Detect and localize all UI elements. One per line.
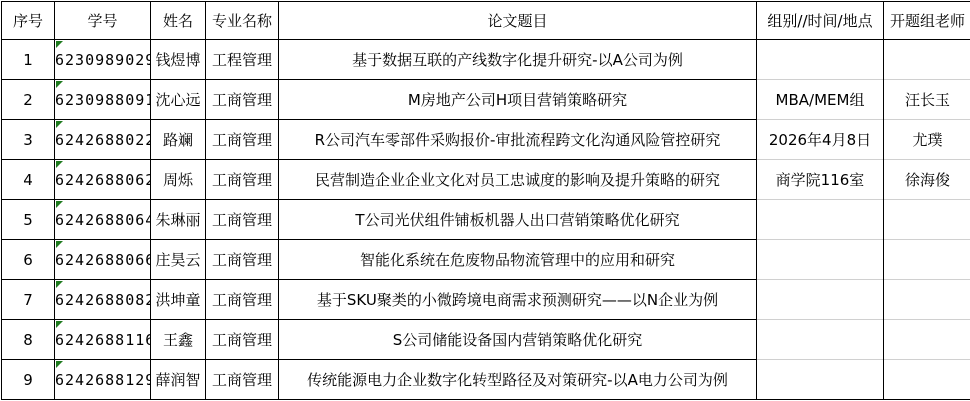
header-cell-committee-teachers[interactable]: 开题组老师 [884, 2, 970, 40]
cell-major[interactable]: 工商管理 [206, 360, 279, 400]
merged-cell-text: MBA/MEM组2026年4月8日商学院116室 [757, 80, 883, 200]
session-room: 商学院116室 [757, 160, 883, 200]
cell-row-number[interactable]: 2 [2, 80, 55, 120]
student-id-text: 6230989029 [55, 51, 151, 69]
header-cell-major[interactable]: 专业名称 [206, 2, 279, 40]
cell-thesis-title[interactable]: R公司汽车零部件采购报价-审批流程跨文化沟通风险管控研究 [279, 120, 757, 160]
number-stored-as-text-triangle-icon [56, 281, 63, 288]
header-cell-name[interactable]: 姓名 [151, 2, 206, 40]
group-label: MBA/MEM组 [757, 80, 883, 120]
cell-major[interactable]: 工商管理 [206, 240, 279, 280]
cell-row-number[interactable]: 1 [2, 40, 55, 80]
cell-row-number[interactable]: 4 [2, 160, 55, 200]
cell-thesis-title[interactable]: 基于数据互联的产线数字化提升研究-以A公司为例 [279, 40, 757, 80]
header-cell-no[interactable]: 序号 [2, 2, 55, 40]
teacher-name: 徐海俊 [884, 160, 970, 200]
cell-thesis-title[interactable]: S公司储能设备国内营销策略优化研究 [279, 320, 757, 360]
cell-major[interactable]: 工程管理 [206, 40, 279, 80]
header-cell-student-id[interactable]: 学号 [55, 2, 151, 40]
cell-student-name[interactable]: 钱煜博 [151, 40, 206, 80]
number-stored-as-text-triangle-icon [56, 41, 63, 48]
cell-row-number[interactable]: 7 [2, 280, 55, 320]
cell-major[interactable]: 工商管理 [206, 280, 279, 320]
cell-student-name[interactable]: 薛润智 [151, 360, 206, 400]
cell-row-number[interactable]: 5 [2, 200, 55, 240]
cell-student-id[interactable]: 6242688064 [55, 200, 151, 240]
cell-student-name[interactable]: 周烁 [151, 160, 206, 200]
cell-major[interactable]: 工商管理 [206, 200, 279, 240]
cell-row-number[interactable]: 6 [2, 240, 55, 280]
cell-student-id[interactable]: 6230988091 [55, 80, 151, 120]
cell-student-name[interactable]: 庄昊云 [151, 240, 206, 280]
cell-row-number[interactable]: 8 [2, 320, 55, 360]
number-stored-as-text-triangle-icon [56, 241, 63, 248]
header-cell-thesis-title[interactable]: 论文题目 [279, 2, 757, 40]
cell-thesis-title[interactable]: 传统能源电力企业数字化转型路径及对策研究-以A电力公司为例 [279, 360, 757, 400]
table-body: 16230989029钱煜博工程管理基于数据互联的产线数字化提升研究-以A公司为… [2, 40, 970, 400]
thesis-proposal-table: 序号 学号 姓名 专业名称 论文题目 组别//时间/地点 开题组老师 16230… [1, 1, 970, 400]
student-id-text: 6242688064 [55, 211, 151, 229]
teacher-name: 尤璞 [884, 120, 970, 160]
cell-student-id[interactable]: 6242688062 [55, 160, 151, 200]
student-id-text: 6230988091 [55, 91, 151, 109]
merged-cell-text: 汪长玉尤璞徐海俊 [884, 80, 970, 200]
cell-student-id[interactable]: 6242688066 [55, 240, 151, 280]
cell-major[interactable]: 工商管理 [206, 80, 279, 120]
number-stored-as-text-triangle-icon [56, 201, 63, 208]
cell-major[interactable]: 工商管理 [206, 320, 279, 360]
cell-thesis-title[interactable]: M房地产公司H项目营销策略研究 [279, 80, 757, 120]
cell-committee-teachers[interactable]: 汪长玉尤璞徐海俊 [884, 40, 970, 400]
student-id-text: 6242688129 [55, 371, 151, 389]
cell-thesis-title[interactable]: 智能化系统在危废物品物流管理中的应用和研究 [279, 240, 757, 280]
student-id-text: 6242688082 [55, 291, 151, 309]
teacher-name: 汪长玉 [884, 80, 970, 120]
cell-student-name[interactable]: 朱琳丽 [151, 200, 206, 240]
cell-thesis-title[interactable]: T公司光伏组件铺板机器人出口营销策略优化研究 [279, 200, 757, 240]
spreadsheet-area: 序号 学号 姓名 专业名称 论文题目 组别//时间/地点 开题组老师 16230… [0, 0, 970, 401]
cell-student-name[interactable]: 王鑫 [151, 320, 206, 360]
number-stored-as-text-triangle-icon [56, 81, 63, 88]
cell-major[interactable]: 工商管理 [206, 120, 279, 160]
cell-student-name[interactable]: 沈心远 [151, 80, 206, 120]
cell-student-id[interactable]: 6242688082 [55, 280, 151, 320]
student-id-text: 6242688062 [55, 171, 151, 189]
header-cell-group-time-place[interactable]: 组别//时间/地点 [757, 2, 884, 40]
cell-row-number[interactable]: 3 [2, 120, 55, 160]
cell-thesis-title[interactable]: 基于SKU聚类的小微跨境电商需求预测研究——以N企业为例 [279, 280, 757, 320]
cell-student-id[interactable]: 6242688129 [55, 360, 151, 400]
number-stored-as-text-triangle-icon [56, 321, 63, 328]
number-stored-as-text-triangle-icon [56, 121, 63, 128]
student-id-text: 6242688022 [55, 131, 151, 149]
student-id-text: 6242688116 [55, 331, 151, 349]
cell-student-id[interactable]: 6242688116 [55, 320, 151, 360]
student-id-text: 6242688066 [55, 251, 151, 269]
number-stored-as-text-triangle-icon [56, 361, 63, 368]
cell-student-id[interactable]: 6242688022 [55, 120, 151, 160]
table-row: 16230989029钱煜博工程管理基于数据互联的产线数字化提升研究-以A公司为… [2, 40, 970, 80]
header-row: 序号 学号 姓名 专业名称 论文题目 组别//时间/地点 开题组老师 [2, 2, 970, 40]
session-date: 2026年4月8日 [757, 120, 883, 160]
cell-thesis-title[interactable]: 民营制造企业企业文化对员工忠诚度的影响及提升策略的研究 [279, 160, 757, 200]
cell-student-name[interactable]: 路斓 [151, 120, 206, 160]
cell-student-id[interactable]: 6230989029 [55, 40, 151, 80]
number-stored-as-text-triangle-icon [56, 161, 63, 168]
cell-group-time-place[interactable]: MBA/MEM组2026年4月8日商学院116室 [757, 40, 884, 400]
cell-major[interactable]: 工商管理 [206, 160, 279, 200]
cell-row-number[interactable]: 9 [2, 360, 55, 400]
cell-student-name[interactable]: 洪坤童 [151, 280, 206, 320]
